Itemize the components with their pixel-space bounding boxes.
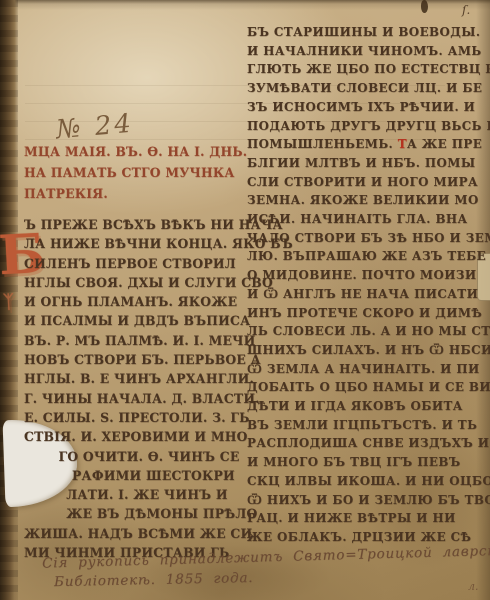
manuscript-line-with-red-initial: ПОМЫШЛЕНЬЕМЬ. ТА ЖЕ ПРЕ: [247, 135, 474, 154]
manuscript-line: НГЛЫ СВОЯ. ДХЫ И СЛУГИ СВО: [24, 274, 229, 293]
page-top-edge-shadow: [0, 0, 490, 10]
manuscript-line: ДѢТИ И ІГДА ЯКОВЪ ОБИТА: [247, 397, 474, 416]
manuscript-line: Ѿ ЗЕМЛА А НАЧИНАІТЬ. И ПИ: [247, 360, 474, 379]
manuscript-line: ГО ОЧИТИ. Ѳ. ЧИНЪ СЕ: [24, 448, 229, 467]
manuscript-line: СИЛЕНЪ ПЕРВОЕ СТВОРИЛ: [24, 255, 229, 274]
manuscript-line: Г. ЧИНЫ НАЧАЛА. Д. ВЛАСТИ.: [24, 390, 229, 409]
manuscript-line: ЖЕ ВЪ ДѢМОНЫ ПРѢЛО: [24, 505, 229, 524]
manuscript-line: И МНОГО БЪ ТВЦ ІГЪ ПЕВЪ: [247, 453, 474, 472]
folio-number-mark: ſ.: [462, 3, 470, 17]
manuscript-line: ЗЕМНА. ЯКОЖЕ ВЕЛИКИИ МО: [247, 191, 474, 210]
manuscript-line: ЛА НИЖЕ ВѢЧНИ КОНЦА. ЯКО БЪ: [24, 235, 229, 254]
manuscript-line: О МИДОВИНЕ. ПОЧТО МОИЗИ: [247, 266, 474, 285]
manuscript-line: И Ѿ АНГЛЪ НЕ НАЧА ПИСАТИ: [247, 285, 474, 304]
rubric-heading-lines: МЦА МАІЯ. ВЪ. Ѳ. НА І. ДНЬ.НА ПАМАТЬ СТГ…: [24, 142, 229, 205]
red-initial-letter: Т: [398, 136, 407, 151]
manuscript-line: СЛИ СТВОРИТИ И НОГО МИРА: [247, 173, 474, 192]
left-text-column: МЦА МАІЯ. ВЪ. Ѳ. НА І. ДНЬ.НА ПАМАТЬ СТГ…: [24, 142, 229, 563]
right-text-column: БЪ СТАРИШИНЫ И ВОЕВОДЫ.И НАЧАЛНИКИ ЧИНОМ…: [247, 23, 474, 547]
manuscript-line: БЛГИИ МЛТВЪ И НБЪ. ПОМЫ: [247, 154, 474, 173]
manuscript-line: ЧАЛО СТВОРИ БЪ ЗѢ НБО И ЗЕМ: [247, 229, 474, 248]
manuscript-line: ВЪ. Р. МЪ ПАЛМѢ. И. І. МЕЧИ: [24, 332, 229, 351]
manuscript-line: ДОБАІТЬ О ЦБО НАМЬІ И СЕ ВИ: [247, 378, 474, 397]
manuscript-line: БЪ СТАРИШИНЫ И ВОЕВОДЫ.: [247, 23, 474, 42]
manuscript-line: Ѿ НИХЪ И БО И ЗЕМЛЮ БЪ ТВО: [247, 491, 474, 510]
manuscript-line: ЗЪ ИСНОСИМЪ ІХЪ РѢЧИИ. И: [247, 98, 474, 117]
manuscript-line: Е. СИЛЫ. Ѕ. ПРЕСТОЛИ. З. ГЬ: [24, 409, 229, 428]
ink-blot: [421, 0, 428, 13]
rubric-line: МЦА МАІЯ. ВЪ. Ѳ. НА І. ДНЬ.: [24, 142, 229, 163]
manuscript-page-photo: ſ. № 24 Б МЦА МАІЯ. ВЪ. Ѳ. НА І. ДНЬ.НА …: [0, 0, 490, 600]
manuscript-line: ЖИША. НАДЪ ВСѢМИ ЖЕ СИ: [24, 525, 229, 544]
inscription-flourish-mark: л.: [468, 580, 479, 593]
rubric-line: НА ПАМАТЬ СТГО МУЧНКА: [24, 163, 229, 184]
manuscript-line: ЛЬ СЛОВЕСИ ЛЬ. А И НО МЫ СТВОШЫ: [247, 322, 474, 341]
manuscript-line: И ПСАЛМЫ И ДВДЪ ВЪПИСА: [24, 312, 229, 331]
rubric-line: ПАТРЕКІЯ.: [24, 184, 229, 205]
right-column-lower: БЛГИИ МЛТВЪ И НБЪ. ПОМЫСЛИ СТВОРИТИ И НО…: [247, 154, 474, 547]
manuscript-line: РАСПЛОДИША СНВЕ ИЗДЪХЪ И: [247, 434, 474, 453]
manuscript-line: ИНЪ ПРОТЕЧЕ СКОРО И ДИМѢ: [247, 304, 474, 323]
manuscript-line: ЛАТИ. І. ЖЕ ЧИНЪ И: [24, 486, 229, 505]
manuscript-line: ЛЮ. ВЪПРАШАЮ ЖЕ АЗЪ ТЕБЕ: [247, 247, 474, 266]
manuscript-line: СТВІЯ. И. ХЕРОВИМИ И МНО: [24, 428, 229, 447]
manuscript-line: НГЛЫ. В. Е ЧИНЪ АРХАНГЛИ.: [24, 370, 229, 389]
manuscript-line: ПОДАЮТЬ ДРУГЪ ДРУГЦ ВЬСЬ ГЛЬ: [247, 117, 474, 136]
manuscript-line: РАФИМИ ШЕСТОКРИ: [24, 467, 229, 486]
manuscript-line: РАЦ. И НИЖЕ ВѢТРЫ И НИ: [247, 509, 474, 528]
right-column-upper: БЪ СТАРИШИНЫ И ВОЕВОДЫ.И НАЧАЛНИКИ ЧИНОМ…: [247, 23, 474, 135]
manuscript-line: ГЛЮТЬ ЖЕ ЦБО ПО ЕСТЕСТВЦ РА: [247, 60, 474, 79]
manuscript-line: НОВЪ СТВОРИ БЪ. ПЕРЬВОЕ А: [24, 351, 229, 370]
manuscript-line: СКЦ ИЛВЫ ИКОША. И НИ ОЦБО: [247, 472, 474, 491]
line-text: ПОМЫШЛЕНЬЕМЬ.: [247, 136, 398, 151]
manuscript-line: ШНИХЪ СИЛАХЪ. И НЪ Ѿ НБСИ И: [247, 341, 474, 360]
manuscript-line: ЗУМѢВАТИ СЛОВЕСИ ЛЦ. И БЕ: [247, 79, 474, 98]
manuscript-line: ИСѢИ. НАЧИНАІТЬ ГЛА. ВНА: [247, 210, 474, 229]
manuscript-line: И НАЧАЛНИКИ ЧИНОМЪ. АМЬ: [247, 42, 474, 61]
left-column-body: Ъ ПРЕЖЕ ВСѢХЪ ВѢКЪ НИ НАЧАЛА НИЖЕ ВѢЧНИ …: [24, 216, 229, 563]
line-text: А ЖЕ ПРЕ: [407, 136, 482, 151]
manuscript-line: И ОГНЬ ПЛАМАНЪ. ЯКОЖЕ: [24, 293, 229, 312]
manuscript-line: ВЪ ЗЕМЛИ ІГЦПЬТЪСТѢ. И ТЬ: [247, 416, 474, 435]
manuscript-line: Ъ ПРЕЖЕ ВСѢХЪ ВѢКЪ НИ НАЧА: [24, 216, 229, 235]
